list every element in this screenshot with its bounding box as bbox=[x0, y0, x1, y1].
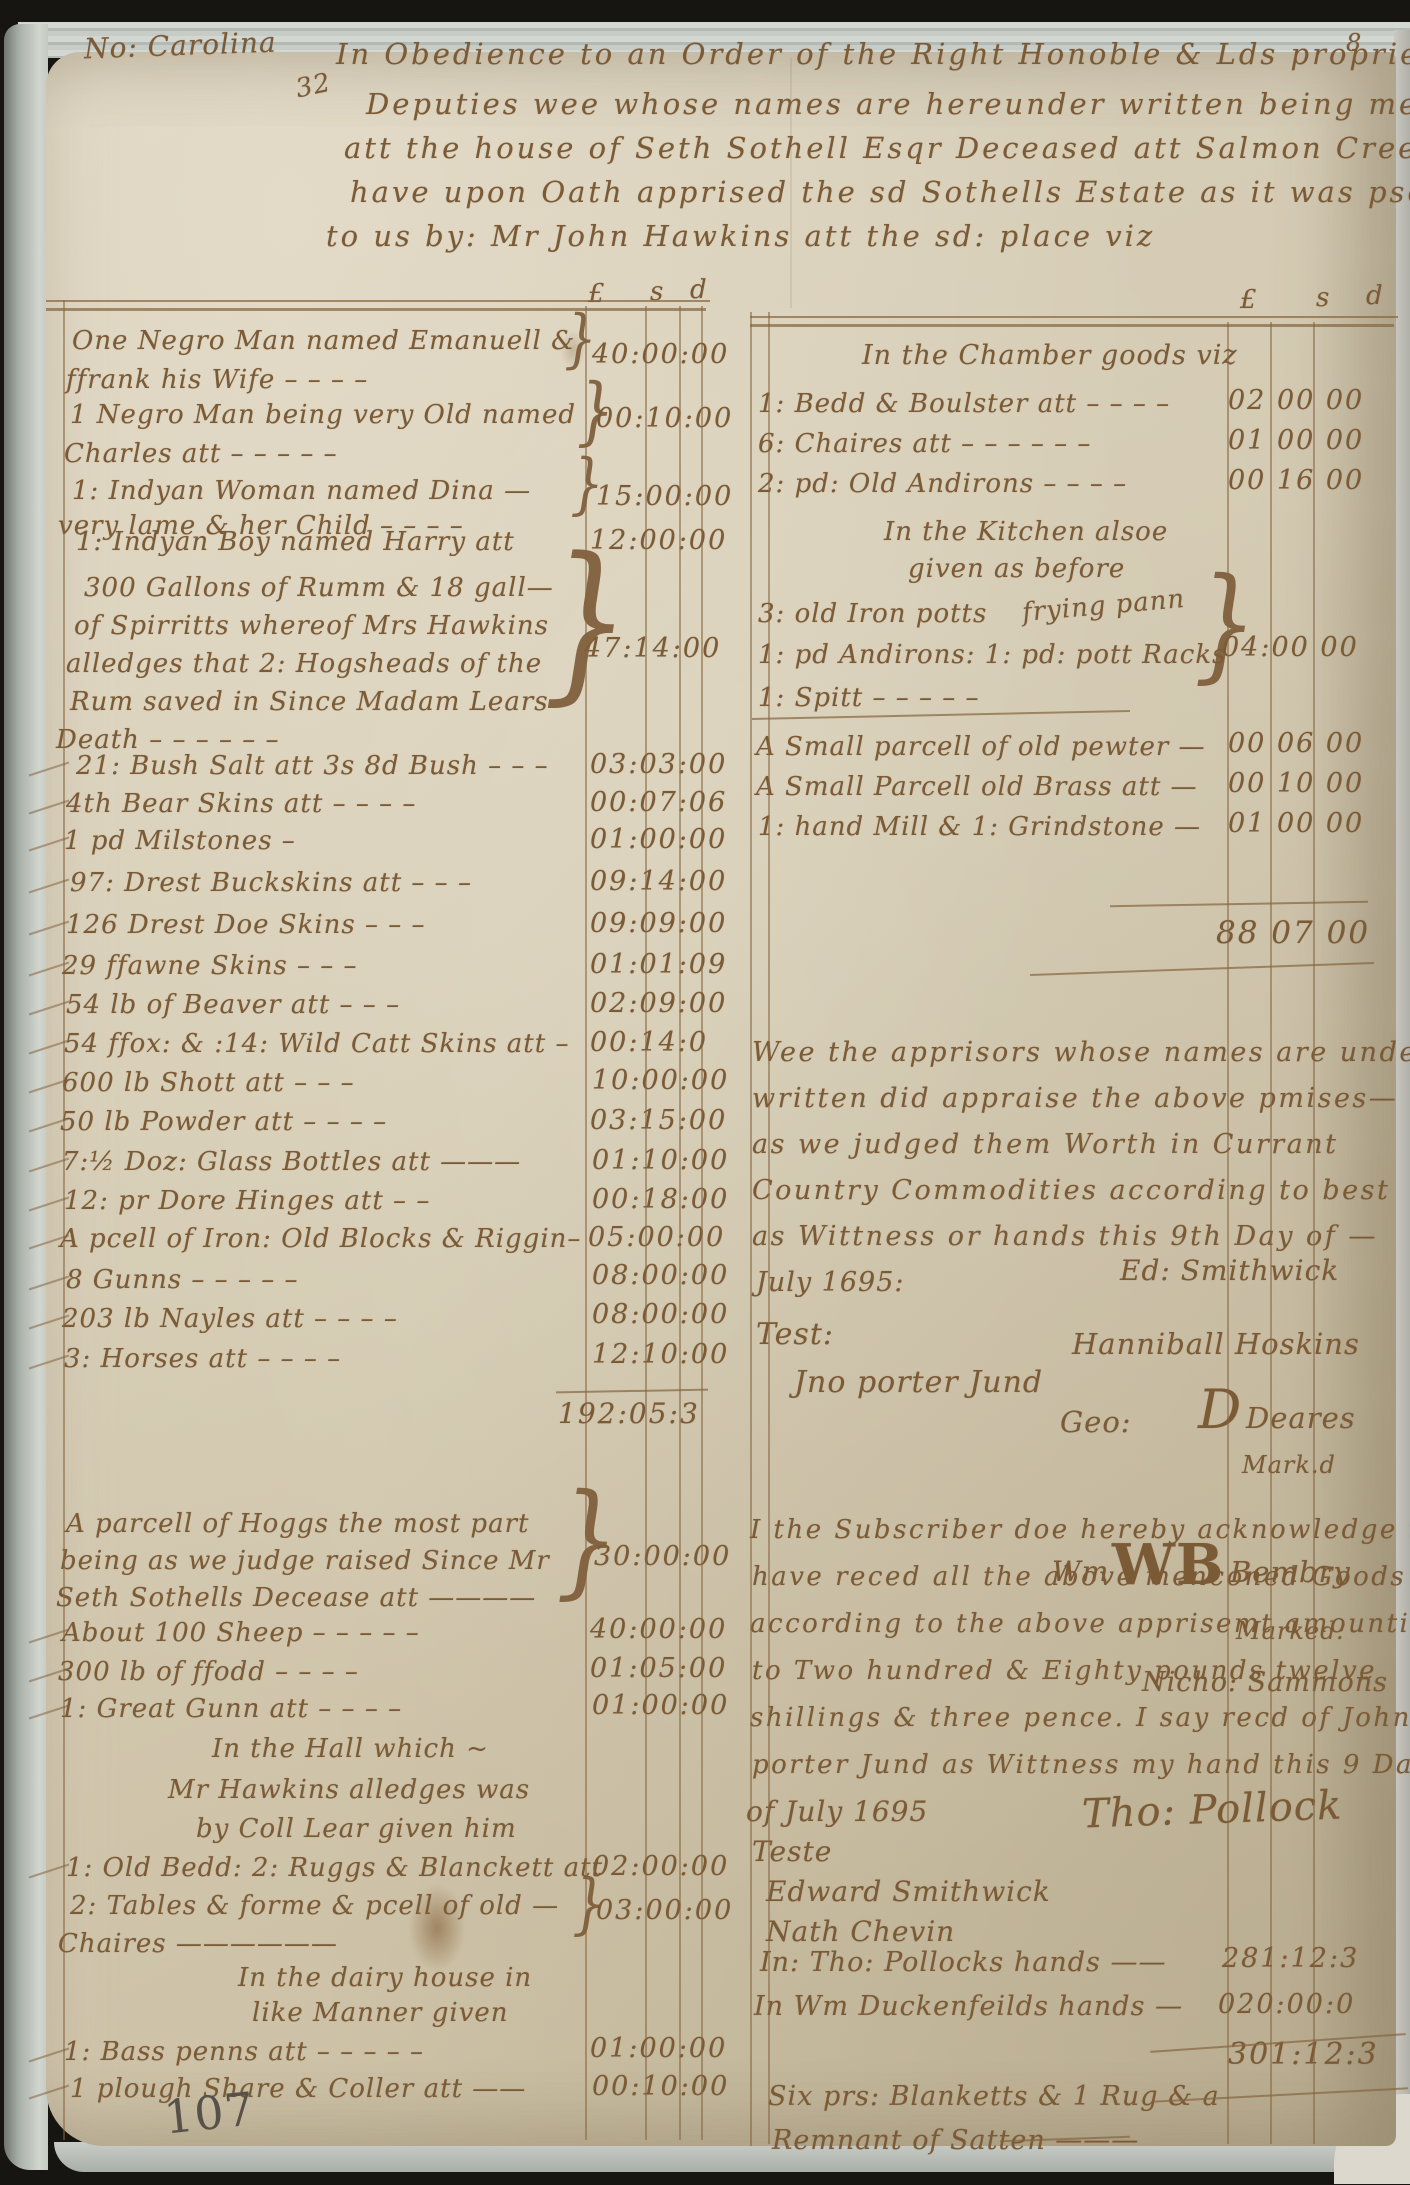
inventory-line: Rum saved in Since Madam Lears bbox=[70, 688, 549, 717]
inventory-line: porter Jund as Wittness my hand this 9 D… bbox=[752, 1751, 1410, 1780]
witness-label: Teste bbox=[752, 1836, 832, 1867]
amount-value: 03:00:00 bbox=[596, 1896, 733, 1926]
inventory-line: Wee the apprisors whose names are under bbox=[752, 1038, 1410, 1068]
inventory-line: as Wittness or hands this 9th Day of — bbox=[752, 1222, 1378, 1252]
inventory-line: 600 lb Shott att – – – bbox=[62, 1069, 355, 1098]
amount-value: 00:10:00 bbox=[592, 2072, 729, 2102]
inventory-line: July 1695: bbox=[756, 1268, 905, 1298]
ruled-line-horizontal bbox=[556, 1389, 708, 1394]
witness-name: Nath Chevin bbox=[766, 1916, 955, 1947]
signature: Jno porter Jund bbox=[794, 1366, 1043, 1400]
ruled-line-vertical bbox=[1227, 322, 1229, 2144]
signature-note: Mark.d bbox=[1242, 1452, 1336, 1479]
inventory-line: Six prs: Blanketts & 1 Rug & a bbox=[768, 2082, 1220, 2112]
inventory-line: written did appraise the above pmises— bbox=[752, 1084, 1398, 1114]
inventory-line: A Small Parcell old Brass att — bbox=[756, 773, 1198, 802]
amount-value: 02:00:00 bbox=[592, 1852, 729, 1882]
page-total: 88 07 00 bbox=[1216, 916, 1370, 951]
amount-value: 00:10:00 bbox=[596, 404, 733, 434]
amount-value: 00:07:06 bbox=[590, 788, 727, 818]
inventory-line: In: Tho: Pollocks hands —— bbox=[760, 1948, 1166, 1978]
money-column-header: £ bbox=[1240, 286, 1258, 315]
inventory-line: 1: pd Andirons: 1: pd: pott Racks bbox=[758, 641, 1226, 670]
inventory-line: according to the above apprisemt amounti… bbox=[750, 1610, 1410, 1639]
amount-value: 40:00:00 bbox=[590, 1615, 727, 1645]
signature: Hanniball Hoskins bbox=[1072, 1328, 1360, 1360]
amount-value: 00:18:00 bbox=[592, 1185, 729, 1215]
ruled-line-vertical bbox=[750, 312, 752, 2146]
inventory-line: 300 lb of ffodd – – – – bbox=[58, 1658, 359, 1687]
inventory-line: 126 Drest Doe Skins – – – bbox=[66, 911, 426, 940]
inventory-line: 2: pd: Old Andirons – – – – bbox=[758, 470, 1127, 499]
ruled-line-horizontal bbox=[750, 316, 1398, 318]
inventory-line: 1: Bedd & Boulster att – – – – bbox=[758, 390, 1170, 419]
ink-layer: No: Carolina328In Obedience to an Order … bbox=[0, 0, 1410, 2185]
amount-value: 15:00:00 bbox=[596, 482, 733, 512]
inventory-line: Seth Sothells Decease att ———— bbox=[56, 1584, 536, 1613]
amount-value: 08:00:00 bbox=[592, 1261, 729, 1291]
inventory-line: 1: hand Mill & 1: Grindstone — bbox=[758, 813, 1201, 842]
ruled-line-horizontal bbox=[1030, 962, 1374, 976]
inventory-line: 1: Great Gunn att – – – – bbox=[60, 1695, 402, 1724]
folio-number: 107 bbox=[162, 2083, 258, 2144]
witness-name: Edward Smithwick bbox=[766, 1876, 1051, 1907]
ruled-line-vertical bbox=[585, 306, 587, 2140]
inventory-line: to Two hundred & Eighty pounds twelve bbox=[752, 1657, 1377, 1686]
inventory-line: of Spirritts whereof Mrs Hawkins bbox=[74, 612, 549, 641]
signature: Ed: Smithwick bbox=[1120, 1255, 1339, 1286]
section-heading: like Manner given bbox=[252, 1999, 509, 2028]
inventory-line: A pcell of Iron: Old Blocks & Riggin– bbox=[60, 1225, 581, 1254]
inventory-line: 1 plough Share & Coller att —— bbox=[70, 2075, 526, 2104]
ruled-line-horizontal bbox=[46, 300, 710, 302]
inventory-line: 1: Indyan Woman named Dina — bbox=[72, 477, 531, 506]
inventory-line: 6: Chaires att – – – – – – bbox=[758, 430, 1091, 459]
amount-value: 02:09:00 bbox=[590, 989, 727, 1019]
marginalia: No: Carolina bbox=[84, 27, 278, 65]
money-column-header: s bbox=[1316, 284, 1330, 313]
grouping-brace: } bbox=[577, 380, 615, 443]
amount-value: 05:00:00 bbox=[588, 1223, 725, 1253]
inventory-line: 3: Horses att – – – – bbox=[64, 1345, 341, 1374]
amount-value: 00:14:0 bbox=[590, 1028, 708, 1058]
amount-value: 01 00 00 bbox=[1228, 809, 1364, 839]
header-line: att the house of Seth Sothell Esqr Decea… bbox=[344, 132, 1410, 164]
header-line: Deputies wee whose names are hereunder w… bbox=[366, 88, 1410, 120]
ruled-line-vertical bbox=[1313, 322, 1315, 2144]
inventory-line: being as we judge raised Since Mr bbox=[60, 1547, 550, 1576]
inventory-line: shillings & three pence. I say recd of J… bbox=[750, 1704, 1410, 1733]
amount-value: 40:00:00 bbox=[592, 340, 729, 370]
inventory-line: 1: Spitt – – – – – bbox=[758, 684, 980, 713]
ruled-line-vertical bbox=[1270, 322, 1272, 2144]
signature: Tho: Pollock bbox=[1081, 1783, 1343, 1837]
amount-value: 01:00:00 bbox=[590, 2034, 727, 2064]
inventory-line: 54 lb of Beaver att – – – bbox=[66, 991, 400, 1020]
ruled-line-horizontal bbox=[46, 308, 706, 311]
inventory-line: 1: Indyan Boy named Harry att bbox=[76, 528, 515, 557]
amount-value: 03:03:00 bbox=[590, 750, 727, 780]
inventory-line: I the Subscriber doe hereby acknowledge … bbox=[750, 1516, 1410, 1545]
inventory-line: 54 ffox: & :14: Wild Catt Skins att – bbox=[64, 1030, 569, 1059]
amount-value: 09:14:00 bbox=[590, 867, 727, 897]
section-heading: In the Kitchen alsoe bbox=[884, 518, 1168, 547]
amount-value: 09:09:00 bbox=[590, 909, 727, 939]
marginalia-flourish: 32 bbox=[293, 69, 333, 105]
inventory-line: Chaires —————— bbox=[58, 1930, 338, 1959]
inventory-line: of July 1695 bbox=[746, 1796, 928, 1827]
inventory-line: 8 Gunns – – – – – bbox=[66, 1266, 298, 1295]
ruled-line-horizontal bbox=[750, 324, 1394, 327]
inventory-line: ffrank his Wife – – – – bbox=[66, 366, 368, 395]
signature: Deares bbox=[1246, 1402, 1356, 1434]
inventory-line: alledges that 2: Hogsheads of the bbox=[66, 650, 542, 679]
amount-value: 020:00:0 bbox=[1218, 1990, 1355, 2020]
amount-value: 12:10:00 bbox=[592, 1340, 729, 1370]
header-line: have upon Oath apprised the sd Sothells … bbox=[350, 176, 1410, 208]
inventory-line: have reced all the above menconed Goods bbox=[752, 1563, 1406, 1592]
inventory-line: 29 ffawne Skins – – – bbox=[62, 952, 358, 981]
grouping-brace: } bbox=[570, 456, 604, 512]
inventory-line: One Negro Man named Emanuell & bbox=[72, 327, 575, 356]
inventory-line: Charles att – – – – – bbox=[64, 440, 338, 469]
signature: Geo: bbox=[1060, 1406, 1132, 1438]
ruled-line-vertical bbox=[701, 306, 703, 2140]
amount-value: 01 00 00 bbox=[1228, 426, 1364, 456]
inventory-line: About 100 Sheep – – – – – bbox=[62, 1619, 420, 1648]
amount-value: 01:00:00 bbox=[592, 1691, 729, 1721]
grouping-brace: } bbox=[1194, 572, 1257, 677]
ruled-line-horizontal bbox=[1110, 901, 1368, 908]
amount-value: 281:12:3 bbox=[1222, 1944, 1359, 1974]
amount-value: 00 10 00 bbox=[1228, 769, 1364, 799]
section-heading: In the Chamber goods viz bbox=[862, 341, 1238, 371]
inventory-line: 21: Bush Salt att 3s 8d Bush – – – bbox=[76, 752, 549, 781]
amount-value: 01:05:00 bbox=[590, 1654, 727, 1684]
inventory-line: 4th Bear Skins att – – – – bbox=[66, 790, 416, 819]
inventory-line: 12: pr Dore Hinges att – – bbox=[64, 1187, 430, 1216]
ruled-line-vertical bbox=[768, 312, 770, 2144]
inventory-line: A parcell of Hoggs the most part bbox=[66, 1510, 529, 1539]
section-heading: by Coll Lear given him bbox=[196, 1815, 517, 1844]
amount-value: 08:00:00 bbox=[592, 1300, 729, 1330]
grouping-brace: } bbox=[564, 312, 597, 366]
inventory-line: 50 lb Powder att – – – – bbox=[60, 1108, 387, 1137]
inventory-line: 1 Negro Man being very Old named bbox=[70, 401, 576, 430]
signature-mark: D bbox=[1198, 1380, 1242, 1440]
inventory-line: A Small parcell of old pewter — bbox=[756, 733, 1206, 762]
amount-value: 03:15:00 bbox=[590, 1106, 727, 1136]
ruled-line-vertical bbox=[790, 58, 792, 308]
amount-value: 01:00:00 bbox=[590, 825, 727, 855]
inventory-line: 1 pd Milstones – bbox=[64, 827, 296, 856]
manuscript-page: No: Carolina328In Obedience to an Order … bbox=[0, 0, 1410, 2185]
ruled-line-vertical bbox=[645, 306, 647, 2140]
section-heading: given as before bbox=[908, 555, 1125, 584]
inventory-line: 203 lb Nayles att – – – – bbox=[62, 1305, 398, 1334]
inventory-line: Country Commodities according to best bbox=[752, 1176, 1390, 1206]
section-heading: Mr Hawkins alledges was bbox=[168, 1776, 530, 1805]
ruled-line-vertical bbox=[679, 306, 681, 2140]
inventory-line: 1: Bass penns att – – – – – bbox=[64, 2038, 424, 2067]
inventory-line: 7:½ Doz: Glass Bottles att ——— bbox=[62, 1148, 521, 1177]
amount-value: 10:00:00 bbox=[592, 1066, 729, 1096]
inventory-line: frying pann bbox=[1021, 585, 1186, 628]
amount-value: 01:01:09 bbox=[590, 950, 727, 980]
inventory-line: 97: Drest Buckskins att – – – bbox=[70, 869, 472, 898]
header-line: In Obedience to an Order of the Right Ho… bbox=[336, 38, 1410, 70]
inventory-line: 300 Gallons of Rumm & 18 gall— bbox=[84, 574, 554, 603]
inventory-line: Remnant of Satten ——— bbox=[772, 2126, 1139, 2156]
grouping-brace: } bbox=[572, 1876, 606, 1932]
money-column-header: s bbox=[650, 278, 664, 307]
amount-value: 01:10:00 bbox=[592, 1146, 729, 1176]
inventory-line: 3: old Iron potts bbox=[758, 600, 987, 629]
section-heading: In the dairy house in bbox=[238, 1964, 532, 1993]
inventory-line: In Wm Duckenfeilds hands — bbox=[754, 1992, 1183, 2022]
inventory-line: 1: Old Bedd: 2: Ruggs & Blanckett att bbox=[66, 1854, 603, 1883]
inventory-line: as we judged them Worth in Currant bbox=[752, 1130, 1339, 1160]
amount-value: 02 00 00 bbox=[1228, 386, 1364, 416]
grouping-brace: } bbox=[556, 1488, 619, 1593]
money-column-header: d bbox=[1366, 282, 1384, 311]
section-heading: In the Hall which ~ bbox=[212, 1735, 489, 1764]
amount-value: 00 16 00 bbox=[1228, 466, 1364, 496]
header-line: to us by: Mr John Hawkins att the sd: pl… bbox=[326, 220, 1155, 252]
inventory-line: 2: Tables & forme & pcell of old — bbox=[70, 1892, 559, 1921]
amount-value: 00 06 00 bbox=[1228, 729, 1364, 759]
